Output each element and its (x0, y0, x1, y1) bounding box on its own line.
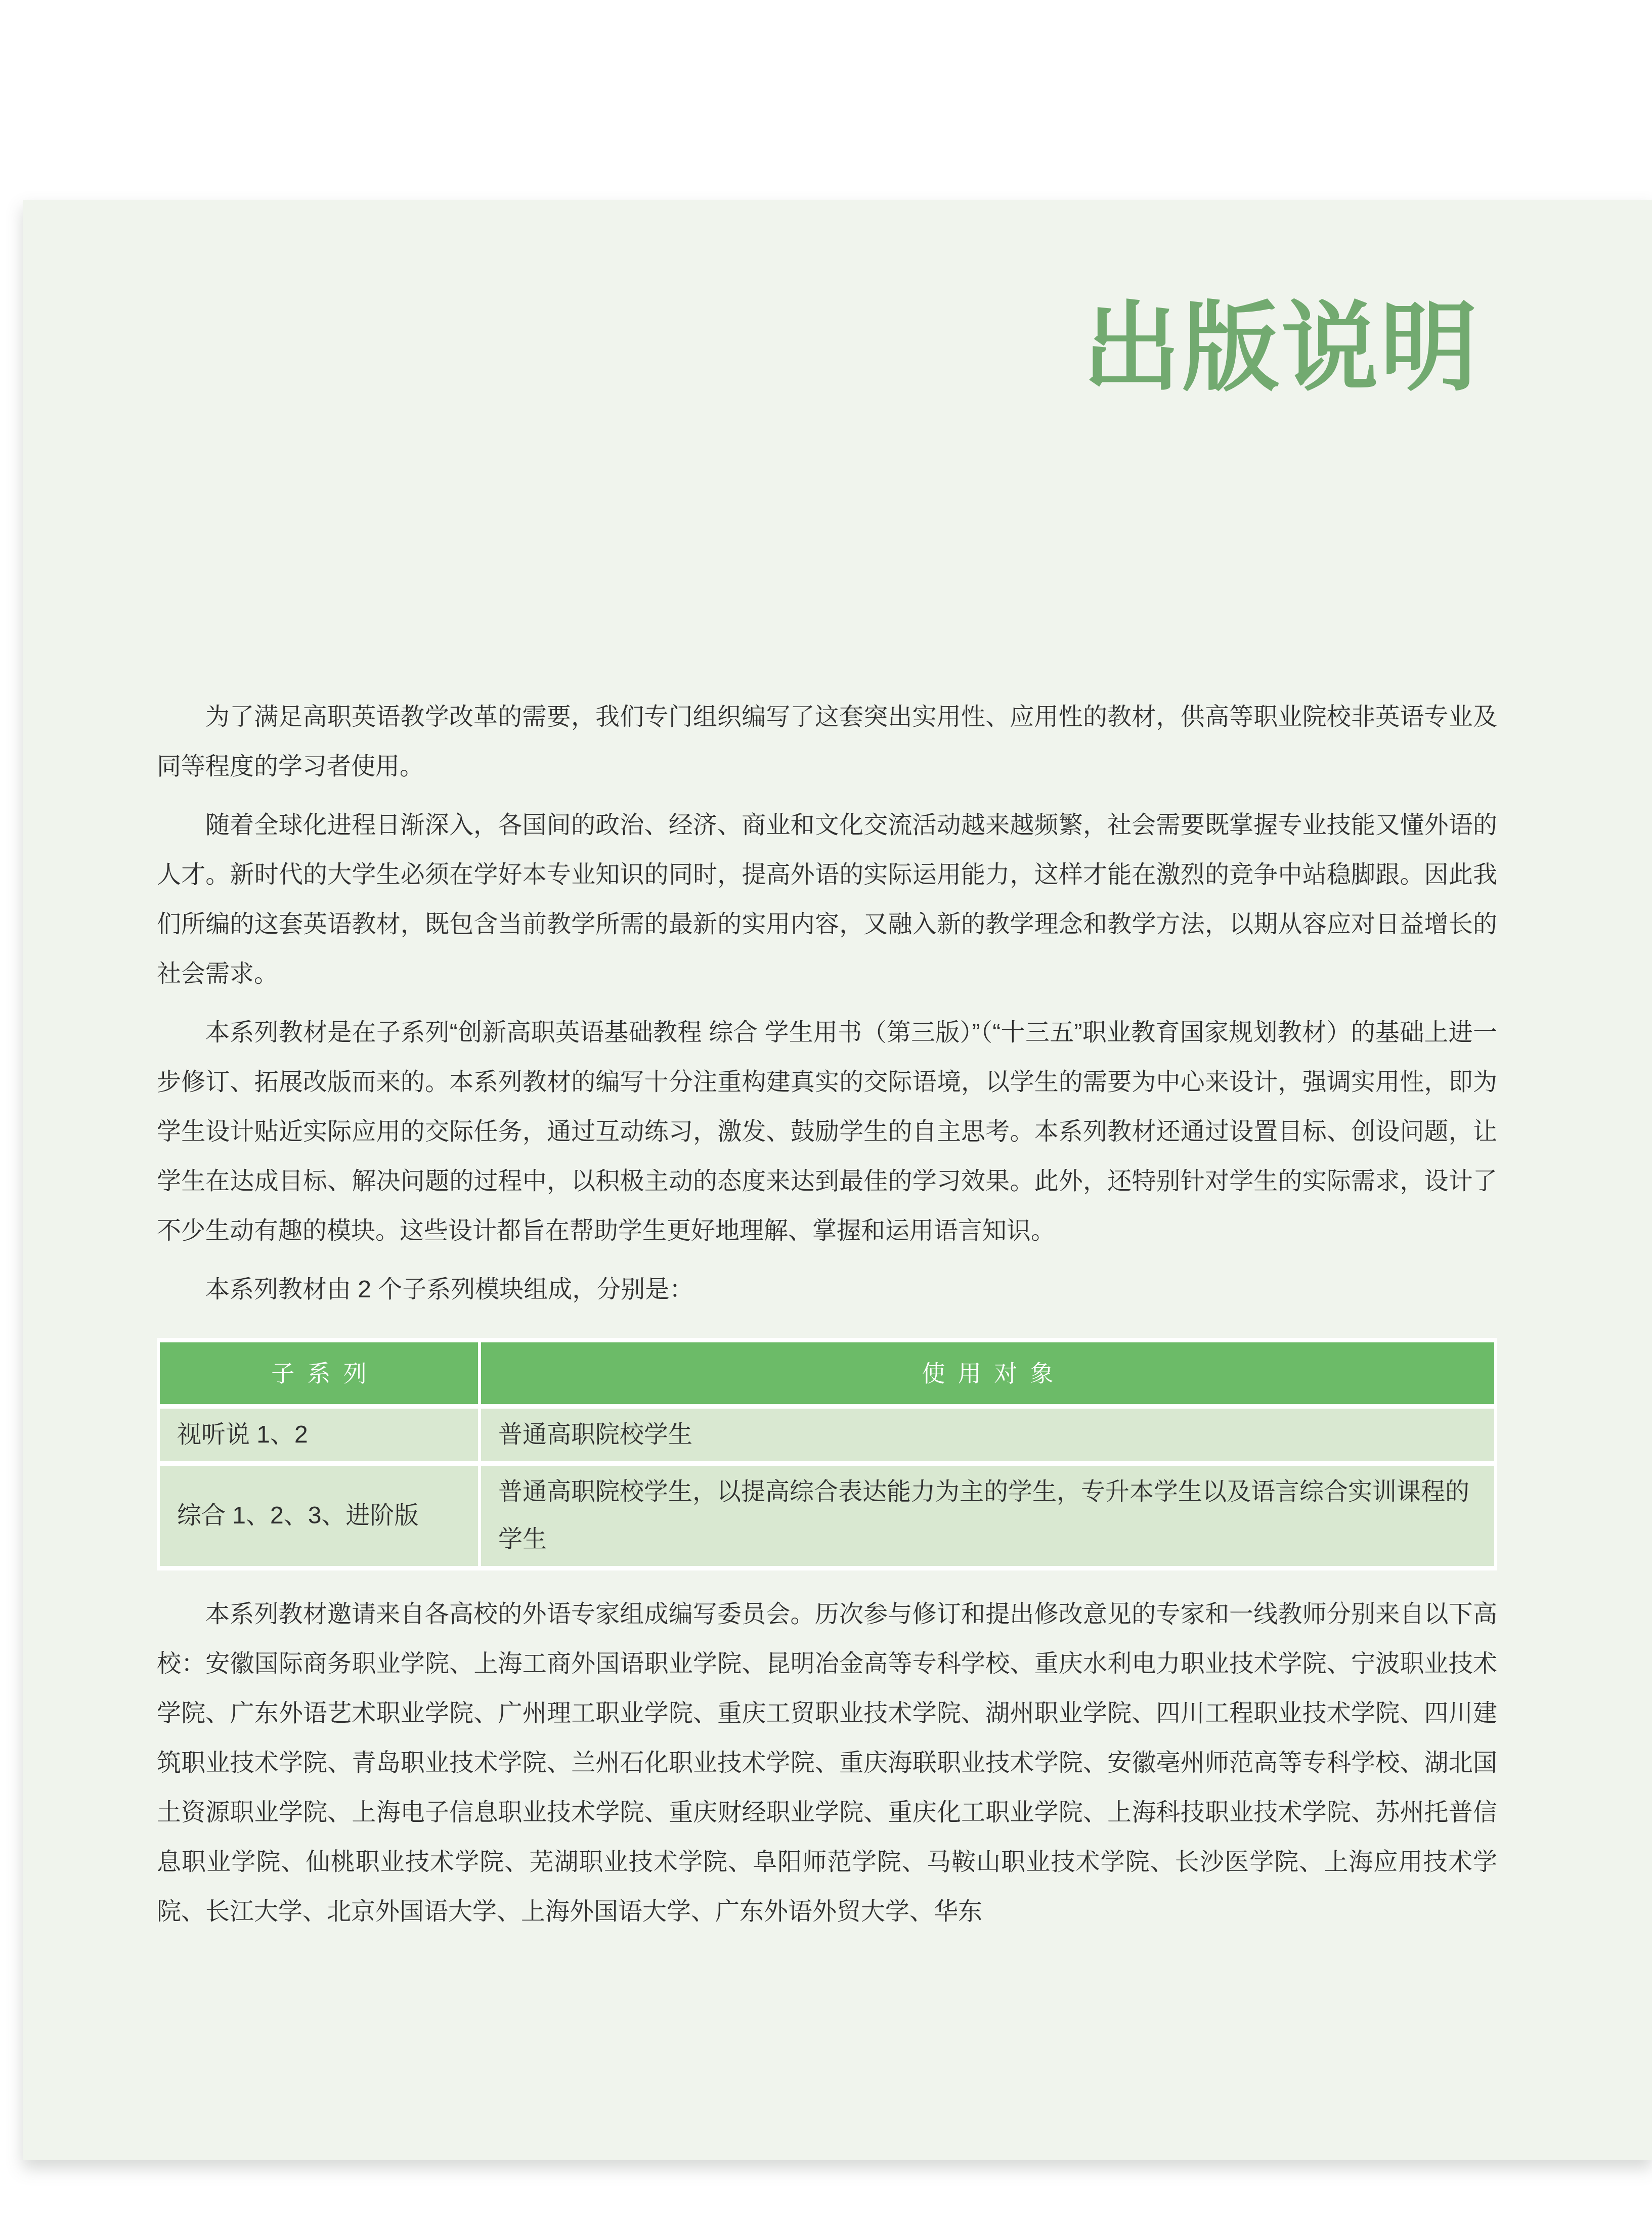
table-cell-series-name: 视听说 1、2 (160, 1409, 478, 1461)
page-title: 出版说明 (1083, 297, 1480, 399)
table-row: 综合 1、2、3、进阶版 普通高职院校学生，以提高综合表达能力为主的学生，专升本… (160, 1466, 1494, 1566)
table-header-row: 子系列 使用对象 (160, 1342, 1494, 1404)
paragraph-globalization: 随着全球化进程日渐深入，各国间的政治、经济、商业和文化交流活动越来越频繁，社会需… (157, 801, 1497, 999)
table-header-sub-series: 子系列 (160, 1342, 478, 1404)
paragraph-series-design: 本系列教材是在子系列“创新高职英语基础教程 综合 学生用书（第三版）”（“十三五… (157, 1008, 1497, 1256)
table-cell-audience: 普通高职院校学生，以提高综合表达能力为主的学生，专升本学生以及语言综合实训课程的… (481, 1466, 1494, 1566)
table-header-audience: 使用对象 (481, 1342, 1494, 1404)
table-cell-audience: 普通高职院校学生 (481, 1409, 1494, 1461)
table-row: 视听说 1、2 普通高职院校学生 (160, 1409, 1494, 1461)
paragraph-intro-purpose: 为了满足高职英语教学改革的需要，我们专门组织编写了这套突出实用性、应用性的教材，… (157, 692, 1497, 792)
document-canvas: 出版说明 为了满足高职英语教学改革的需要，我们专门组织编写了这套突出实用性、应用… (0, 0, 1652, 2225)
publication-note-page: 出版说明 为了满足高职英语教学改革的需要，我们专门组织编写了这套突出实用性、应用… (23, 200, 1652, 2160)
page-content: 为了满足高职英语教学改革的需要，我们专门组织编写了这套突出实用性、应用性的教材，… (157, 692, 1497, 1946)
table-cell-series-name: 综合 1、2、3、进阶版 (160, 1466, 478, 1566)
paragraph-sub-series-lead-in: 本系列教材由 2 个子系列模块组成，分别是： (157, 1265, 1497, 1315)
sub-series-table: 子系列 使用对象 视听说 1、2 普通高职院校学生 综合 1、2、3、进阶版 普… (157, 1338, 1497, 1570)
paragraph-committee-schools: 本系列教材邀请来自各高校的外语专家组成编写委员会。历次参与修订和提出修改意见的专… (157, 1590, 1497, 1937)
